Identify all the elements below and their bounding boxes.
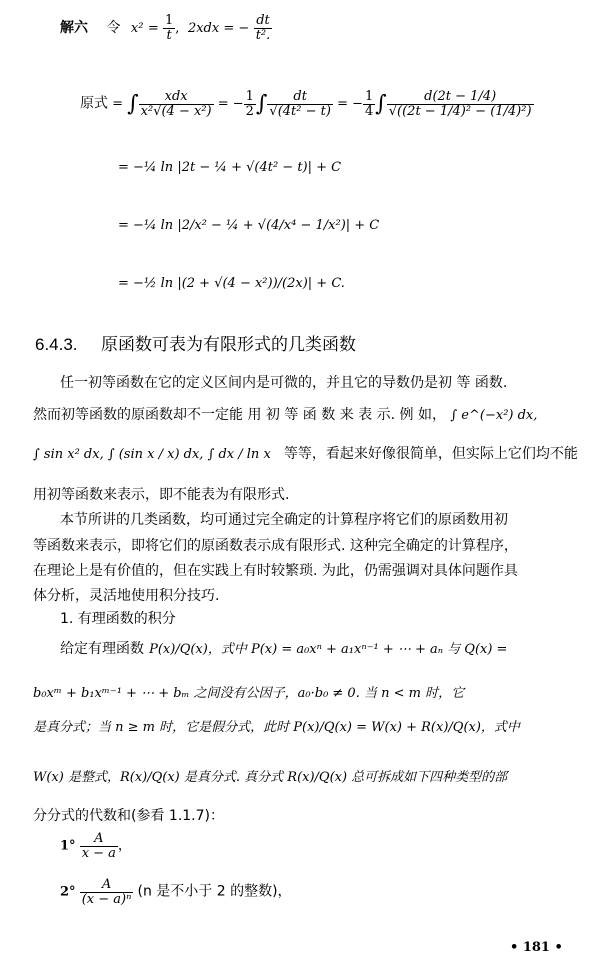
section-title: 原函数可表为有限形式的几类函数: [101, 335, 356, 355]
sub1-lhs: x²: [131, 21, 144, 36]
p2-line1: 本节所讲的几类函数，均可通过完全确定的计算程序将它们的原函数用初: [60, 509, 508, 529]
derivation-step2: = −¼ ln |2t − ¼ + √(4t² − t)| + C: [118, 160, 341, 175]
type-2-fraction: A (x − a)ⁿ: [80, 878, 134, 906]
p3-line5: 分分式的代数和(参看 1.1.7)：: [33, 805, 224, 825]
solution-label: 解六: [60, 20, 88, 36]
integrand-3: d(2t − 1/4) √((2t − 1/4)² − (1/4)²): [387, 90, 534, 118]
derivation-step3: = −¼ ln |2/x² − ¼ + √(4/x⁴ − 1/x²)| + C: [118, 218, 379, 233]
solution-header: 解六 令 x² = 1 t , 2xdx = − dt t².: [60, 14, 272, 42]
type-2: 2° A (x − a)ⁿ (n 是不小于 2 的整数)，: [60, 878, 292, 906]
let-word: 令: [106, 20, 120, 36]
p1-line3: ∫ sin x² dx, ∫ (sin x / x) dx, ∫ dx / ln…: [33, 443, 578, 463]
section-heading: 6.4.3. 原函数可表为有限形式的几类函数: [35, 330, 356, 355]
page-number: • 181 •: [510, 940, 563, 955]
coef-half: 1 2: [244, 90, 256, 118]
p3-line2: b₀xᵐ + b₁xᵐ⁻¹ + ⋯ + bₘ 之间没有公因子，a₀·b₀ ≠ 0…: [33, 682, 464, 701]
subsection-heading: 1. 有理函数的积分: [60, 608, 176, 628]
p2-line3: 在理论上是有价值的，但在实践上有时较繁琐. 为此，仍需强调对具体问题作具: [33, 560, 518, 580]
integrand-1: xdx x²√(4 − x²): [139, 90, 214, 118]
p3-line4: W(x) 是整式，R(x)/Q(x) 是真分式. 真分式 R(x)/Q(x) 总…: [33, 766, 507, 785]
p2-line4: 体分析，灵活地使用积分技巧.: [33, 585, 219, 605]
section-number: 6.4.3.: [35, 335, 78, 354]
p1-line2: 然而初等函数的原函数却不一定能 用 初 等 函 数 来 表 示. 例 如， ∫ …: [33, 404, 537, 424]
sub2-fraction: dt t².: [254, 14, 273, 42]
p3-line3: 是真分式；当 n ≥ m 时，它是假分式，此时 P(x)/Q(x) = W(x)…: [33, 716, 520, 735]
type-1-fraction: A x − a: [80, 832, 118, 860]
sub1-fraction: 1 t: [163, 14, 175, 42]
p1-line4: 用初等函数来表示，即不能表为有限形式.: [33, 484, 289, 504]
coef-quarter: 1 4: [363, 90, 375, 118]
p2-line2: 等函数来表示，即将它们的原函数表示成有限形式. 这种完全确定的计算程序，: [33, 535, 518, 555]
type-1: 1° A x − a ，: [60, 832, 131, 860]
original-expression-label: 原式: [80, 96, 108, 112]
p1-line1: 任一初等函数在它的定义区间内是可微的，并且它的导数仍是初 等 函数.: [60, 372, 507, 392]
integrand-2: dt √(4t² − t): [267, 90, 333, 118]
p3-line1: 给定有理函数 P(x)/Q(x)，式中 P(x) = a₀xⁿ + a₁xⁿ⁻¹…: [60, 638, 507, 658]
derivation-step1: 原式 = ∫ xdx x²√(4 − x²) = − 1 2 ∫ dt √(4t…: [80, 90, 534, 118]
sub2-lhs: 2xdx = −: [188, 21, 249, 36]
derivation-step4: = −½ ln |(2 + √(4 − x²))/(2x)| + C.: [118, 276, 345, 291]
